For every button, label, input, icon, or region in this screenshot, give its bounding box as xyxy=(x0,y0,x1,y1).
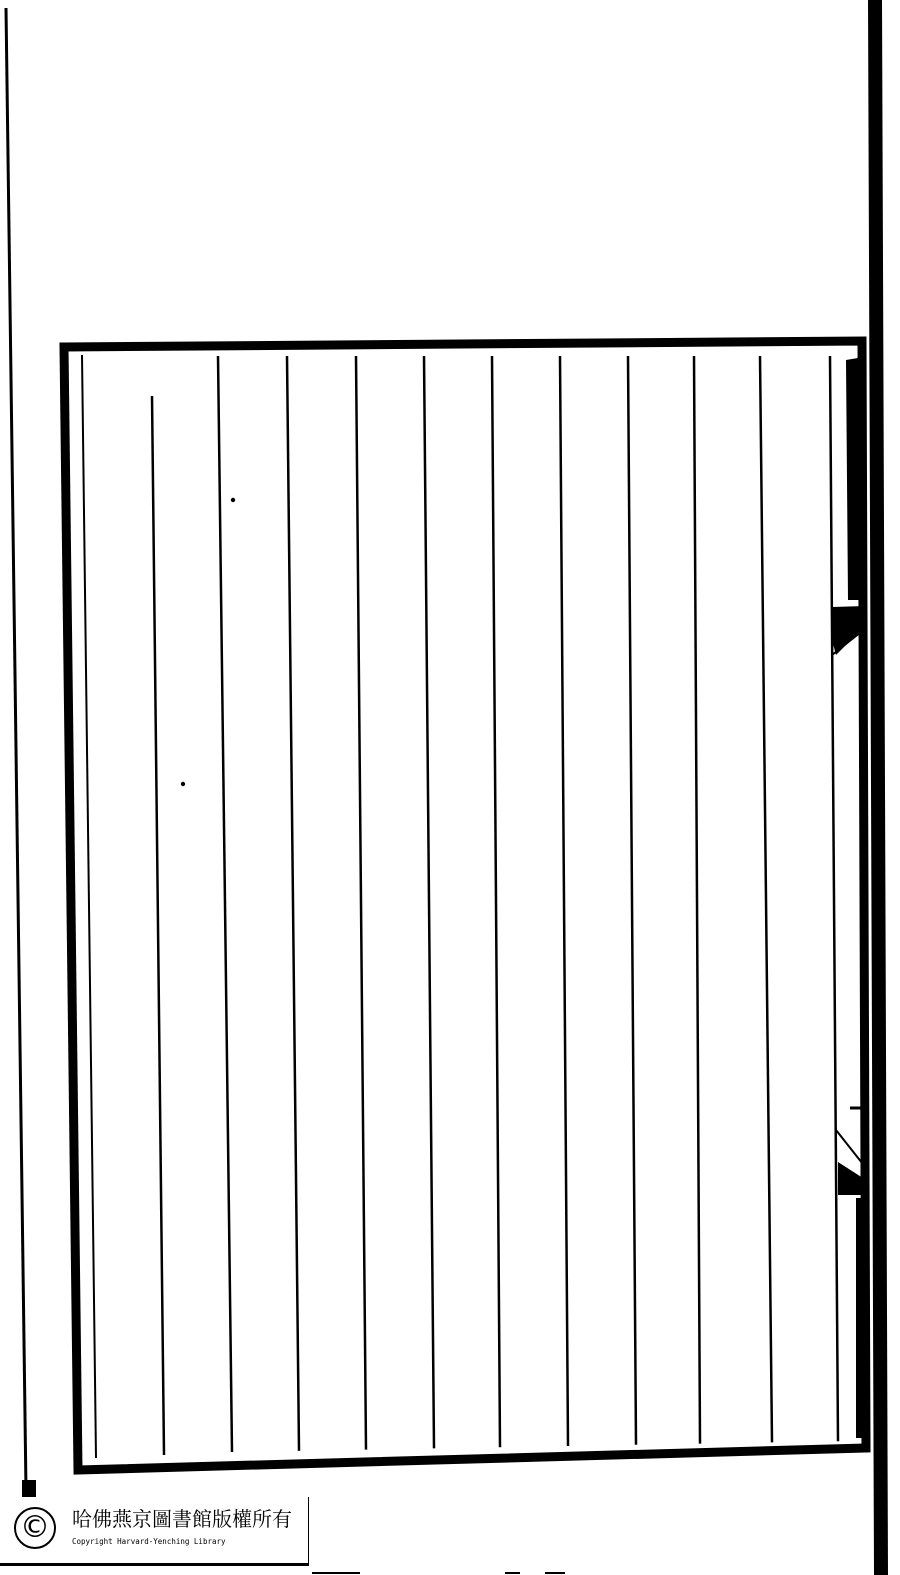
column-rule xyxy=(287,356,299,1451)
column-rule xyxy=(492,356,500,1447)
column-rule xyxy=(830,356,838,1441)
ink-speck xyxy=(181,782,185,786)
copyright-text-chinese: 哈佛燕京圖書館版權所有 xyxy=(72,1503,292,1532)
copyright-icon: © xyxy=(14,1507,56,1549)
partial-rule xyxy=(152,396,164,1455)
column-rule xyxy=(760,356,772,1442)
scanned-page xyxy=(0,0,900,1575)
column-rule xyxy=(356,356,366,1450)
inner-frame-left xyxy=(82,355,96,1458)
banxin-upper-block xyxy=(846,358,860,600)
column-rule xyxy=(628,356,636,1445)
column-rule xyxy=(218,356,232,1452)
copyright-stamp: © 哈佛燕京圖書館版權所有 Copyright Harvard-Yenching… xyxy=(0,1497,309,1566)
outer-frame xyxy=(64,341,866,1470)
column-rule xyxy=(694,356,700,1444)
banxin-lower-block xyxy=(856,1198,862,1438)
ink-speck xyxy=(231,498,235,502)
column-rule xyxy=(424,356,434,1448)
right-spine-strip xyxy=(868,0,888,1575)
left-page-edge xyxy=(6,8,26,1490)
left-edge-mark xyxy=(22,1480,36,1498)
copyright-text-english: Copyright Harvard-Yenching Library xyxy=(72,1537,226,1546)
column-rule xyxy=(560,356,568,1446)
column-rules xyxy=(218,356,838,1452)
